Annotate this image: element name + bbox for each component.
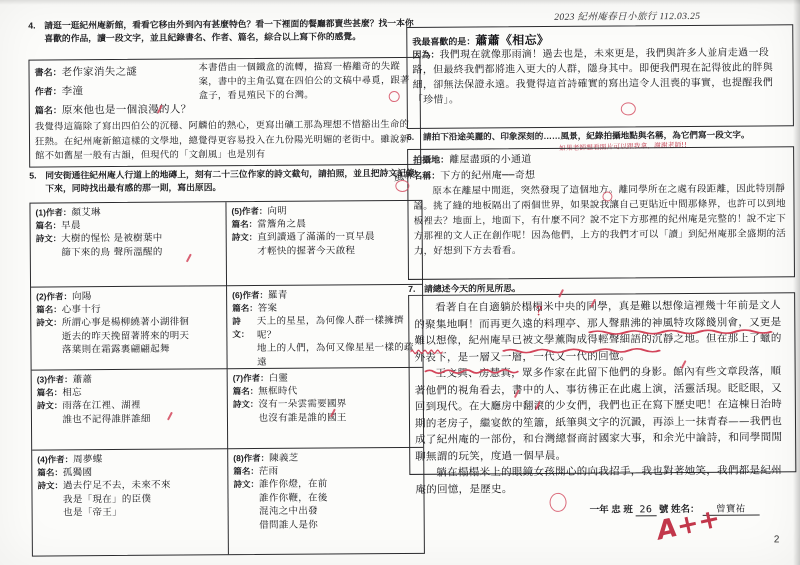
- poem-cell-2: (2)作者：向陽 篇名：心事十行 詩文：所謂心事是楊柳繞著小湖徘徊 逝去的昨天挽…: [31, 286, 228, 370]
- teacher-wavy-underline: [502, 347, 660, 354]
- poem-6-text: 天上的星星，為何像人群一樣擁擠呢？ 地上的人們，為何又像星星一樣的疏遠: [257, 314, 418, 369]
- poem-5-title: 當簷角之晨: [257, 219, 306, 230]
- teacher-circle-mark: [395, 180, 409, 192]
- poem-2-title-label: 篇名：: [36, 304, 62, 314]
- poem-table: (1)作者：顏艾琳 篇名：早晨 詩文：大樹的惺忪 是被樹葉中 篩下來的鳥 聲所溫…: [29, 200, 424, 557]
- poem-cell-5: (5)作者：向明 篇名：當簷角之晨 詩文：直到讀過了滿滿的一頁早晨 才輕快的握著…: [226, 201, 422, 286]
- poem-4-number: (4): [37, 454, 47, 464]
- poem-cell-8: (8)作者：陳義芝 篇名：茫雨 詩文：誰作你燈，在前 誰作你鞭，在後 混沌之中出…: [228, 448, 424, 554]
- question-5: 5. 同安街通往紀州庵人行道上的地磚上，刻有二十三位作家的詩文截句，請拍照，並且…: [29, 167, 417, 196]
- poem-6-title: 答案: [258, 303, 278, 314]
- teacher-wavy-underline: [588, 328, 772, 335]
- scanned-worksheet-page: 2023 紀州庵春日小旅行 112.03.25 4. 請逛一逛紀州庵新館，看看它…: [0, 0, 800, 565]
- poem-4-title-label: 篇名：: [37, 467, 63, 477]
- favorite-reason-text: 我們現在就像那雨滴！過去也是，未來更是，我們與許多人並肩走過一段路，但最終我們都…: [412, 47, 773, 105]
- q6-paragraph: 原本在離屋中閒逛，突然發現了這個地方。離同學所在之處有段距離，因此特別靜謐。挑了…: [413, 181, 787, 259]
- poem-1-text-label: 詩文：: [36, 232, 62, 259]
- favorite-label: 我最喜歡的是：: [412, 36, 475, 46]
- teacher-circle-mark: [602, 192, 612, 202]
- seat-number: 26: [635, 504, 656, 516]
- poem-7-title: 無框時代: [258, 386, 297, 397]
- poem-7-author-label: 作者：: [243, 373, 269, 383]
- poem-cell-7: (7)作者：白靈 篇名：無框時代 詩文：沒有一朵雲需要國界 也沒有誰是誰的國王: [228, 368, 424, 449]
- poem-8-title-label: 篇名：: [233, 466, 259, 476]
- piece-label: 篇名：: [35, 105, 62, 115]
- page-number: 2: [774, 534, 780, 545]
- poem-5-text-label: 詩文：: [232, 231, 258, 258]
- poem-4-title: 孤獨國: [63, 467, 92, 478]
- poem-1-number: (1): [35, 207, 45, 217]
- poem-1-title-label: 篇名：: [36, 220, 62, 230]
- scan-edge-shadow: [0, 0, 800, 5]
- poem-1-text: 大樹的惺忪 是被樹葉中 篩下來的鳥 聲所溫醒的: [61, 232, 163, 260]
- poem-7-title-label: 篇名：: [233, 386, 259, 396]
- poem-3-text-label: 詩文：: [37, 399, 63, 426]
- poem-4-text-label: 詩文：: [37, 479, 63, 520]
- favorite-value: 蕭蕭《相忘》: [475, 33, 549, 48]
- poem-8-author-label: 作者：: [244, 453, 270, 463]
- question-4-number: 4.: [28, 19, 44, 45]
- poem-4-author-label: 作者：: [48, 454, 74, 464]
- page-header-title: 2023 紀州庵春日小旅行 112.03.25: [554, 8, 700, 23]
- book-value: 老作家消失之謎: [62, 66, 138, 79]
- poem-6-number: (6): [232, 290, 242, 300]
- favorite-reason: 因為：我們現在就像那雨滴！過去也是，未來更是，我們與許多人並肩走過一段路，但最終…: [412, 45, 786, 108]
- poem-3-title: 相忘: [62, 387, 82, 398]
- poem-6-title-label: 篇名：: [232, 303, 258, 313]
- piece-value: 原來他也是一個浪漫的人？: [62, 103, 192, 116]
- poem-2-author: 向陽: [72, 291, 92, 302]
- question-4: 4. 請逛一逛紀州庵新館，看看它移由外到內有甚麼特色？看一下裡面的餐廳都賣些甚麼…: [28, 17, 420, 46]
- poem-4-text: 過去佇足不去，未來不來 我是「現在」的臣僕 也是「帝王」: [63, 479, 171, 520]
- poem-6-text-label: 詩文：: [232, 315, 257, 369]
- poem-3-author: 蕭蕭: [73, 374, 93, 385]
- teacher-wavy-underline: [410, 349, 442, 355]
- q4-author-line: 作者：李潼: [35, 82, 84, 101]
- author-label: 作者：: [35, 86, 62, 96]
- poem-5-text: 直到讀過了滿滿的一頁早晨 才輕快的握著今天啟程: [257, 230, 375, 258]
- q7-essay: 看著自在自適躺於榻榻米中央的同學，真是難以想像這裡幾十年前是文人的聚集地啊！而再…: [414, 297, 788, 498]
- poem-2-author-label: 作者：: [46, 291, 72, 301]
- class-label: 一年 忠 班: [590, 504, 633, 515]
- question-5-prompt: 同安街通往紀州庵人行道上的地磚上，刻有二十三位作家的詩文截句，請拍照，並且把詩文…: [45, 167, 417, 196]
- scan-edge-shadow: [793, 0, 800, 565]
- book-label: 書名：: [35, 67, 62, 77]
- poem-7-number: (7): [233, 373, 243, 383]
- poem-1-author-label: 作者：: [46, 207, 72, 217]
- poem-2-title: 心事十行: [62, 304, 101, 315]
- poem-8-title: 茫雨: [259, 466, 279, 477]
- poem-5-author: 向明: [267, 206, 287, 217]
- q6-name-value: 下方的紀州庵──奇想: [440, 170, 535, 182]
- q6-location-label: 拍攝地：: [413, 155, 449, 165]
- poem-3-text: 雨落在江裡、湖裡 誰也不記得誰胖誰細: [62, 399, 150, 427]
- poem-5-title-label: 篇名：: [232, 219, 258, 229]
- q4-feeling: 我覺得這篇除了寫出四伯公的沉穩、阿麟伯的熱心，更寫出礦工那為理想不惜豁出生命的狂…: [35, 118, 417, 164]
- poem-4-author: 周夢蝶: [73, 454, 102, 465]
- teacher-circle-mark: [549, 493, 566, 512]
- poem-3-author-label: 作者：: [47, 374, 73, 384]
- poem-7-text-label: 詩文：: [233, 398, 259, 425]
- q4-piece-line: 篇名：原來他也是一個浪漫的人？: [35, 100, 192, 120]
- poem-2-text: 所謂心事是楊柳繞著小湖徘徊 逝去的昨天挽留著將來的明天 落葉則在霜露裏翩翩起舞: [62, 315, 190, 356]
- teacher-question-mark: ？: [536, 302, 548, 319]
- poem-2-number: (2): [36, 291, 46, 301]
- poem-cell-4: (4)作者：周夢蝶 篇名：孤獨國 詩文：過去佇足不去，未來不來 我是「現在」的臣…: [32, 449, 229, 555]
- poem-cell-6: (6)作者：羅青 篇名：答案 詩文：天上的星星，為何像人群一樣擁擠呢？ 地上的人…: [227, 285, 423, 369]
- favorite-reason-label: 因為：: [412, 50, 439, 60]
- poem-8-text-label: 詩文：: [233, 478, 259, 532]
- teacher-wavy-underline: [425, 368, 519, 375]
- q7-paragraph-2: 王文興、房慧真，眾多作家在此留下他們的身影。館內有些文章段落，順著他們的視角看去…: [415, 363, 789, 465]
- poem-cell-1: (1)作者：顏艾琳 篇名：早晨 詩文：大樹的惺忪 是被樹葉中 篩下來的鳥 聲所溫…: [30, 202, 227, 287]
- poem-1-title: 早晨: [61, 220, 81, 231]
- question-5-number: 5.: [29, 169, 45, 195]
- teacher-circle-mark: [621, 102, 636, 115]
- poem-6-author-label: 作者：: [242, 290, 268, 300]
- question-4-prompt: 請逛一逛紀州庵新館，看看它移由外到內有甚麼特色？看一下裡面的餐廳都賣些甚麼？找一…: [44, 17, 420, 46]
- poem-cell-3: (3)作者：蕭蕭 篇名：相忘 詩文：雨落在江裡、湖裡 誰也不記得誰胖誰細: [32, 369, 229, 450]
- q7-paragraph-3: 躺在榻榻米上的眼鏡女孩開心的向我招手，我也對著她笑，我們都是紀州庵的回憶，是歷史…: [415, 462, 788, 498]
- teacher-circle-mark: [389, 91, 400, 102]
- poem-1-author: 顏艾琳: [71, 207, 100, 218]
- poem-8-text: 誰作你燈，在前 誰作你鞭，在後 混沌之中出發 借問誰人是你: [259, 478, 328, 532]
- question-6-number: 6.: [407, 131, 423, 144]
- poem-7-author: 白靈: [269, 373, 289, 384]
- poem-6-author: 羅青: [268, 290, 288, 301]
- poem-2-text-label: 詩文：: [36, 316, 62, 357]
- q6-name-label: 名稱：: [413, 171, 440, 181]
- poem-3-title-label: 篇名：: [37, 387, 63, 397]
- poem-3-number: (3): [37, 374, 47, 384]
- author-value: 李潼: [62, 85, 84, 97]
- poem-5-author-label: 作者：: [242, 206, 268, 216]
- poem-5-number: (5): [231, 206, 241, 216]
- poem-8-author: 陳義芝: [269, 453, 298, 464]
- q6-location-value: 離屋盡頭的小通道: [449, 154, 531, 166]
- poem-8-number: (8): [233, 453, 243, 463]
- q4-book-line: 書名：老作家消失之謎: [34, 63, 137, 83]
- q4-book-summary: 本書借由一個鐵盒的流轉，描寫一樁離奇的失蹤案，書中的主角弘寬在四伯公的文稿中尋覓…: [198, 60, 414, 104]
